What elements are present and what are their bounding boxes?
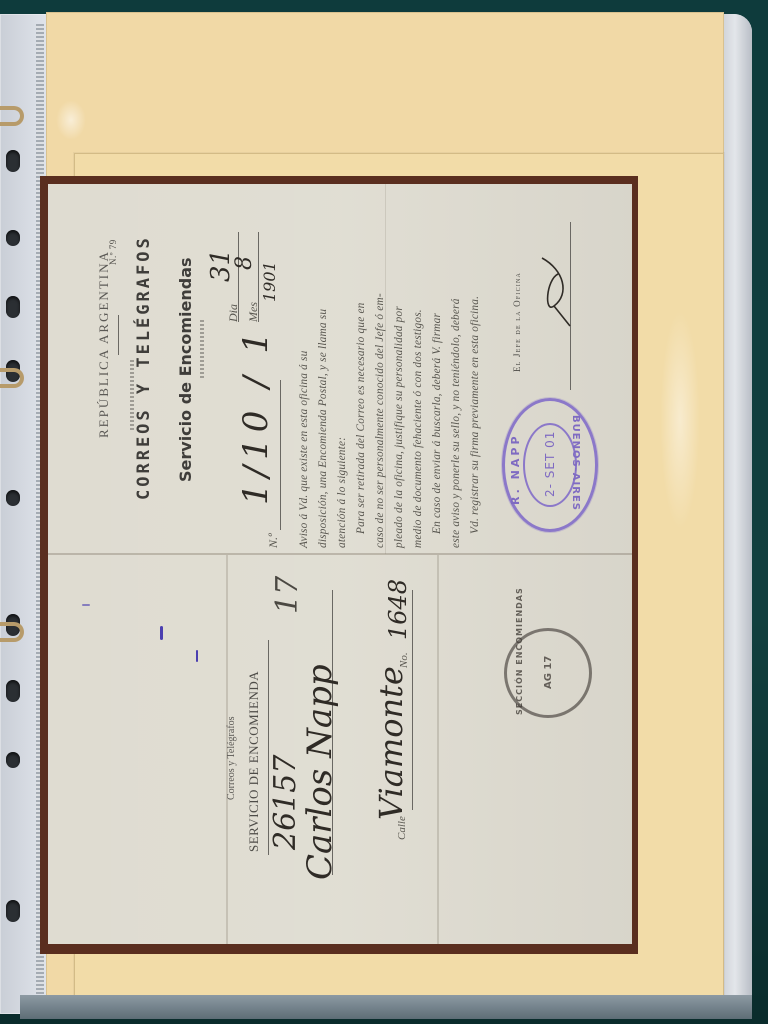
house-number-label: No.: [398, 652, 410, 668]
notice-line: disposición, una Encomienda Postal, y se…: [317, 309, 329, 548]
service-heading: Servicio de Encomiendas: [176, 257, 195, 482]
punch-hole: [6, 900, 20, 922]
house-number-handwritten: 1648: [384, 579, 412, 640]
wavy-ornament: [200, 320, 204, 380]
punch-hole: [6, 752, 20, 768]
notice-line: Para ser retirada del Correo es necesari…: [355, 302, 367, 534]
sleeve-glare: [660, 310, 700, 530]
stamp-bottom-text: BUENOS-AIRES: [570, 415, 581, 511]
stamp-top-text: R. NAPP: [509, 433, 522, 505]
notice-line: caso de no ser personalmente conocido de…: [374, 293, 386, 548]
number-value-handwritten: 1/10 / 1: [236, 326, 276, 505]
signature-label: El Jefe de la Oficina: [512, 272, 522, 372]
binder-ring: [0, 368, 24, 388]
number-label: N.º: [266, 533, 281, 548]
sleeve-glare: [56, 100, 86, 140]
fold-line: [437, 555, 439, 944]
month-value-handwritten: 8: [232, 256, 257, 270]
corner-mark-handwritten: 17: [270, 576, 305, 614]
notice-line: En caso de enviar á buscarla, deberá V. …: [431, 313, 443, 534]
punch-hole: [6, 296, 20, 318]
ink-speck: [82, 604, 90, 606]
punch-hole: [6, 230, 20, 246]
ink-speck: [196, 650, 198, 662]
postmark-center-text: AG 17: [543, 656, 554, 689]
office-cancellation-stamp: R. NAPP 2- SET 01 BUENOS-AIRES: [502, 398, 598, 532]
address-service-heading: SERVICIO DE ENCOMIENDA: [246, 671, 262, 852]
wavy-ornament: [130, 360, 134, 430]
notice-line: Vd. registrar su firma previamente en es…: [469, 296, 481, 534]
notice-line: medio de documento fehaciente ó con dos …: [412, 309, 424, 548]
notice-line: atención á lo siguiente:: [336, 437, 348, 548]
tracking-number-handwritten: 26157: [268, 755, 303, 850]
street-line: [412, 590, 413, 810]
ink-speck: [160, 626, 163, 640]
day-underline: [238, 232, 239, 322]
street-handwritten: Viamonte: [372, 666, 410, 820]
addressee-handwritten: Carlos Napp: [300, 664, 340, 880]
notice-line: pleado de la oficina, justifique su pers…: [393, 306, 405, 548]
signature-scrawl: [534, 250, 578, 330]
binder-ring: [0, 106, 24, 126]
agency-heading: CORREOS Y TELÉGRAFOS: [134, 235, 154, 500]
postmark-ring-text: SECCIÓN ENCOMIENDAS: [515, 587, 524, 715]
month-underline: [258, 232, 259, 322]
divider-rule: [118, 315, 119, 355]
address-agency: Correos y Telégrafos: [226, 716, 237, 800]
stamp-date: 2- SET 01: [543, 431, 557, 497]
binder-ring: [0, 622, 24, 642]
punch-hole: [6, 490, 20, 506]
fold-line: [48, 553, 632, 555]
punch-hole: [6, 680, 20, 702]
receiving-postmark: SECCIÓN ENCOMIENDAS AG 17: [504, 628, 592, 718]
punch-hole: [6, 150, 20, 172]
notice-line: Aviso á Vd. que existe en esta oficina á…: [298, 351, 310, 548]
number-underline: [280, 380, 281, 530]
country-heading: REPÚBLICA ARGENTINA: [96, 250, 112, 438]
notice-line: este aviso y ponerle su sello, y no teni…: [450, 298, 462, 548]
year-value-handwritten: 1901: [260, 261, 279, 302]
sleeve-bottom-edge: [20, 995, 752, 1019]
